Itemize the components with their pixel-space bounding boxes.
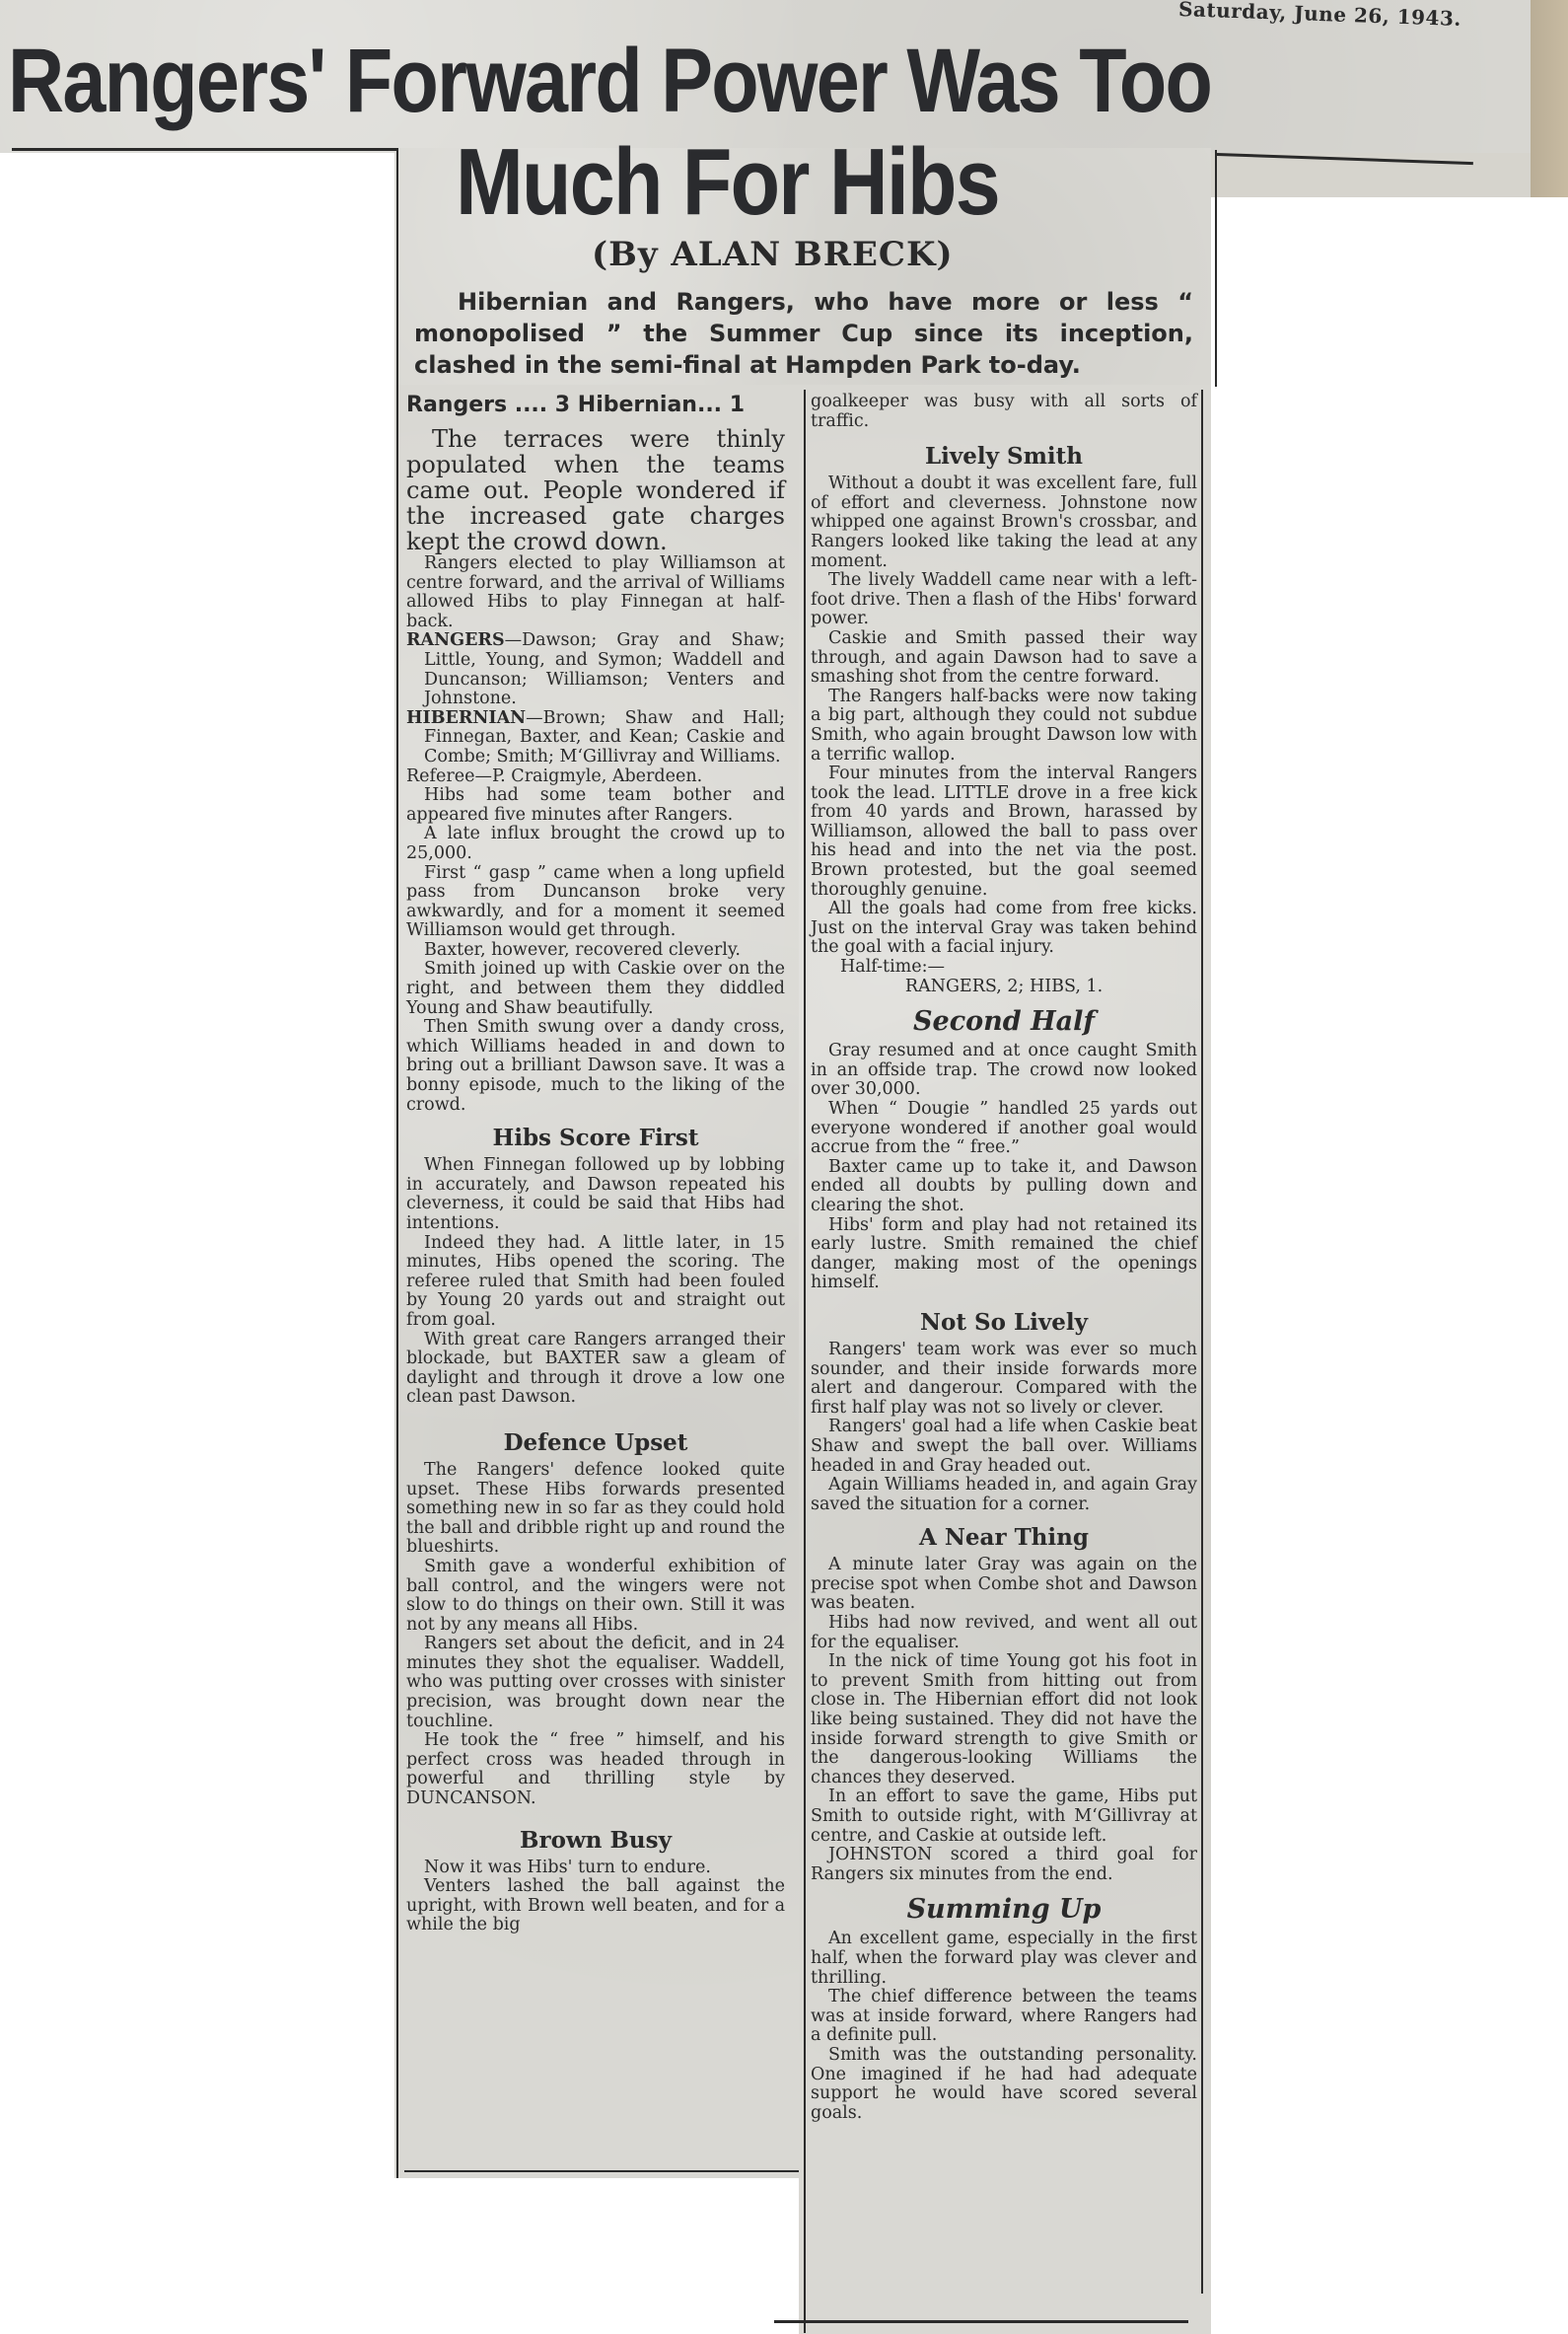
paragraph: Rangers' goal had a life when Caskie bea… [811,1418,1197,1476]
paragraph: Caskie and Smith passed their way throug… [811,629,1197,688]
subheading-lively-smith: Lively Smith [811,443,1197,471]
rule-top-left [12,148,398,151]
paragraph: In the nick of time Young got his foot i… [811,1652,1197,1787]
article-column-left: Rangers .... 3 Hibernian... 1 The terrac… [406,391,785,1935]
lead-paragraph: The terraces were thinly populated when … [406,426,785,554]
paragraph: First “ gasp ” came when a long upfield … [406,864,785,941]
subheading-brown-busy: Brown Busy [406,1827,785,1855]
paragraph: JOHNSTON scored a third goal for Rangers… [811,1846,1197,1884]
paragraph: When “ Dougie ” handled 25 yards out eve… [811,1100,1197,1158]
byline: (By ALAN BRECK) [592,235,954,274]
rule-right-column-edge [1201,390,1203,2294]
standfirst-text: Hibernian and Rangers, who have more or … [414,286,1193,381]
rule-left-column-bottom [404,2170,799,2172]
paragraph: When Finnegan followed up by lobbing in … [406,1156,785,1233]
paragraph: Again Williams headed in, and again Gray… [811,1476,1197,1514]
subheading-second-half: Second Half [811,1006,1197,1038]
halftime-label: Half-time:— [811,958,1197,978]
paragraph: The lively Waddell came near with a left… [811,571,1197,629]
paragraph: Now it was Hibs' turn to endure. [406,1859,785,1878]
rangers-lineup: RANGERS—Dawson; Gray and Shaw; Little, Y… [406,631,785,708]
paragraph: Hibs' form and play had not retained its… [811,1216,1197,1293]
paragraph: Hibs had now revived, and went all out f… [811,1614,1197,1652]
subheading-summing-up: Summing Up [811,1894,1197,1926]
team-label: HIBERNIAN [406,708,526,728]
rule-bottom [774,2320,1188,2323]
paragraph: An excellent game, especially in the fir… [811,1930,1197,1988]
subheading-not-so-lively: Not So Lively [811,1309,1197,1337]
paragraph: The chief difference between the teams w… [811,1988,1197,2046]
article-column-right: goalkeeper was busy with all sorts of tr… [811,391,1197,2123]
paragraph: A late influx brought the crowd up to 25… [406,825,785,863]
scorer-name: JOHNSTON [828,1845,932,1864]
hibernian-lineup: HIBERNIAN—Brown; Shaw and Hall; Finnegan… [406,709,785,767]
paragraph: Rangers elected to play Williamson at ce… [406,554,785,631]
subheading-a-near-thing: A Near Thing [811,1524,1197,1552]
paragraph: All the goals had come from free kicks. … [811,900,1197,958]
referee-line: Referee—P. Craigmyle, Aberdeen. [406,767,785,787]
paragraph: Baxter, however, recovered cleverly. [406,941,785,961]
paragraph: Smith gave a wonderful exhibition of bal… [406,1558,785,1635]
paragraph: Baxter came up to take it, and Dawson en… [811,1158,1197,1216]
paragraph: Smith joined up with Caskie over on the … [406,960,785,1018]
halftime-score: RANGERS, 2; HIBS, 1. [811,978,1197,997]
scorer-name: BAXTER [545,1349,620,1368]
paragraph: Gray resumed and at once caught Smith in… [811,1042,1197,1100]
subheading-hibs-score-first: Hibs Score First [406,1125,785,1152]
paragraph: Rangers set about the deficit, and in 24… [406,1635,785,1731]
paragraph: Indeed they had. A little later, in 15 m… [406,1234,785,1331]
text: He took the “ free ” himself, and his pe… [406,1730,785,1788]
page-edge [1531,0,1568,197]
paragraph: Hibs had some team bother and appeared f… [406,786,785,825]
subheading-defence-upset: Defence Upset [406,1429,785,1457]
paragraph: He took the “ free ” himself, and his pe… [406,1731,785,1808]
score-line: Rangers .... 3 Hibernian... 1 [406,391,785,420]
column-divider [804,390,806,2333]
paragraph: Then Smith swung over a dandy cross, whi… [406,1018,785,1115]
paragraph: Rangers' team work was ever so much soun… [811,1341,1197,1418]
paragraph: Venters lashed the ball against the upri… [406,1877,785,1935]
headline-line-1: Rangers' Forward Power Was Too [8,30,1211,133]
paragraph: A minute later Gray was again on the pre… [811,1556,1197,1614]
paragraph: The Rangers half-backs were now taking a… [811,688,1197,765]
paragraph: Without a doubt it was excellent fare, f… [811,474,1197,571]
standfirst: Hibernian and Rangers, who have more or … [414,286,1193,381]
rule-right-edge [1215,150,1217,387]
paragraph: Smith was the outstanding personality. O… [811,2046,1197,2123]
paragraph: The Rangers' defence looked quite upset.… [406,1461,785,1558]
paragraph: Four minutes from the interval Rangers t… [811,765,1197,900]
paragraph: In an effort to save the game, Hibs put … [811,1787,1197,1846]
headline-line-2: Much For Hibs [456,128,999,237]
scorer-name: LITTLE [944,783,1010,803]
paragraph: With great care Rangers arranged their b… [406,1331,785,1408]
paragraph-continued: goalkeeper was busy with all sorts of tr… [811,393,1197,431]
team-label: RANGERS [406,630,505,650]
rule-left-edge [396,148,398,2178]
scorer-name: DUNCANSON. [406,1788,536,1808]
